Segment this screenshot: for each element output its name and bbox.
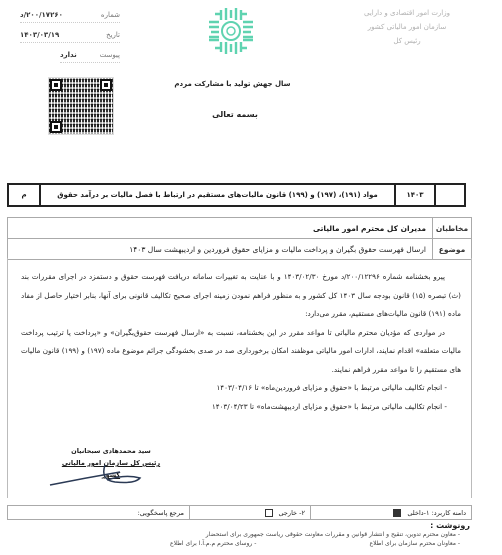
title-box-empty-cell [434, 185, 464, 205]
cc-line-2: - معاونان محترم سازمان برای اطلاع - روسا… [30, 539, 470, 548]
cc-line-2-text: - معاونان محترم سازمان برای اطلاع [369, 540, 460, 547]
subject-row: موضوع ارسال فهرست حقوق بگیران و پرداخت م… [8, 239, 471, 259]
date-label: تاریخ [106, 31, 120, 39]
letter-number-row: شماره ۲۰۰/۱۷۲۶۰/د [20, 8, 120, 23]
deadline-bullet-2: - انجام تکالیف مالیاتی مرتبط با «حقوق و … [21, 398, 461, 417]
signer-name: سید محمدهادی سبحانیان [56, 445, 166, 457]
carbon-copy-section: رونوشت : - معاون محترم تدوین، تنقیح و ان… [30, 521, 470, 548]
body-paragraph-1: پیرو بخشنامه شماره ۲۰۰/۱۲۲۹۶/د مورخ ۱۴۰۳… [21, 268, 461, 324]
reference-cell: مرجع پاسخگویی: [8, 506, 189, 519]
cc-line-1: - معاون محترم تدوین، تنقیح و انتشار قوان… [30, 530, 470, 539]
bismillah-heading: بسمه تعالی [200, 110, 270, 119]
subject-label: موضوع [432, 239, 471, 259]
scope-internal-label: دامنه کاربرد: ۱-داخلی [407, 509, 466, 517]
scope-external: ۲- خارجی [189, 506, 310, 519]
scope-external-label: ۲- خارجی [279, 509, 306, 517]
attachment-value: ندارد [60, 51, 77, 59]
cc-side-note: - روسای محترم م.م.آ.ا برای اطلاع [170, 539, 256, 548]
addressee-row: مخاطبان مدیران کل محترم امور مالیاتی [8, 218, 471, 239]
title-box-year: ۱۴۰۳ [394, 185, 434, 205]
letter-body: پیرو بخشنامه شماره ۲۰۰/۱۲۲۹۶/د مورخ ۱۴۰۳… [21, 268, 461, 416]
number-label: شماره [101, 11, 120, 19]
internal-checkbox[interactable] [393, 509, 401, 517]
ministry-heading: وزارت امور اقتصادی و دارایی سازمان امور … [352, 6, 462, 48]
letter-attachment-row: پیوست ندارد [60, 48, 120, 63]
title-box-subject: مواد (۱۹۱)، (۱۹۷) و (۱۹۹) قانون مالیات‌ه… [39, 185, 394, 205]
subject-value: ارسال فهرست حقوق بگیران و پرداخت مالیات … [8, 239, 432, 259]
tax-organization-logo-icon [207, 6, 255, 56]
cc-title: رونوشت : [30, 521, 470, 530]
classification-row: دامنه کاربرد: ۱-داخلی ۲- خارجی مرجع پاسخ… [7, 505, 472, 520]
scope-internal: دامنه کاربرد: ۱-داخلی [310, 506, 471, 519]
letter-date-row: تاریخ ۱۴۰۳/۰۳/۱۹ [20, 28, 120, 43]
signature-icon [45, 460, 145, 490]
circular-title-box: ۱۴۰۳ مواد (۱۹۱)، (۱۹۷) و (۱۹۹) قانون مال… [7, 183, 466, 207]
ministry-line-1: وزارت امور اقتصادی و دارایی [352, 6, 462, 20]
ministry-line-3: رئیس کل [352, 34, 462, 48]
reference-label: مرجع پاسخگویی: [138, 509, 184, 517]
addressee-subject-table: مخاطبان مدیران کل محترم امور مالیاتی موض… [7, 217, 472, 260]
date-value: ۱۴۰۳/۰۳/۱۹ [20, 31, 59, 39]
year-slogan: سال جهش تولید با مشارکت مردم [170, 80, 295, 88]
ministry-line-2: سازمان امور مالیاتی کشور [352, 20, 462, 34]
qr-code-icon [48, 77, 114, 135]
external-checkbox[interactable] [265, 509, 273, 517]
addressee-value: مدیران کل محترم امور مالیاتی [8, 218, 432, 238]
addressee-label: مخاطبان [432, 218, 471, 238]
body-paragraph-2: در مواردی که مؤدیان محترم مالیاتی تا موا… [21, 324, 461, 380]
title-box-code: م [9, 185, 39, 205]
number-value: ۲۰۰/۱۷۲۶۰/د [20, 11, 63, 19]
attachment-label: پیوست [100, 51, 120, 59]
deadline-bullet-1: - انجام تکالیف مالیاتی مرتبط با «حقوق و … [21, 379, 461, 398]
